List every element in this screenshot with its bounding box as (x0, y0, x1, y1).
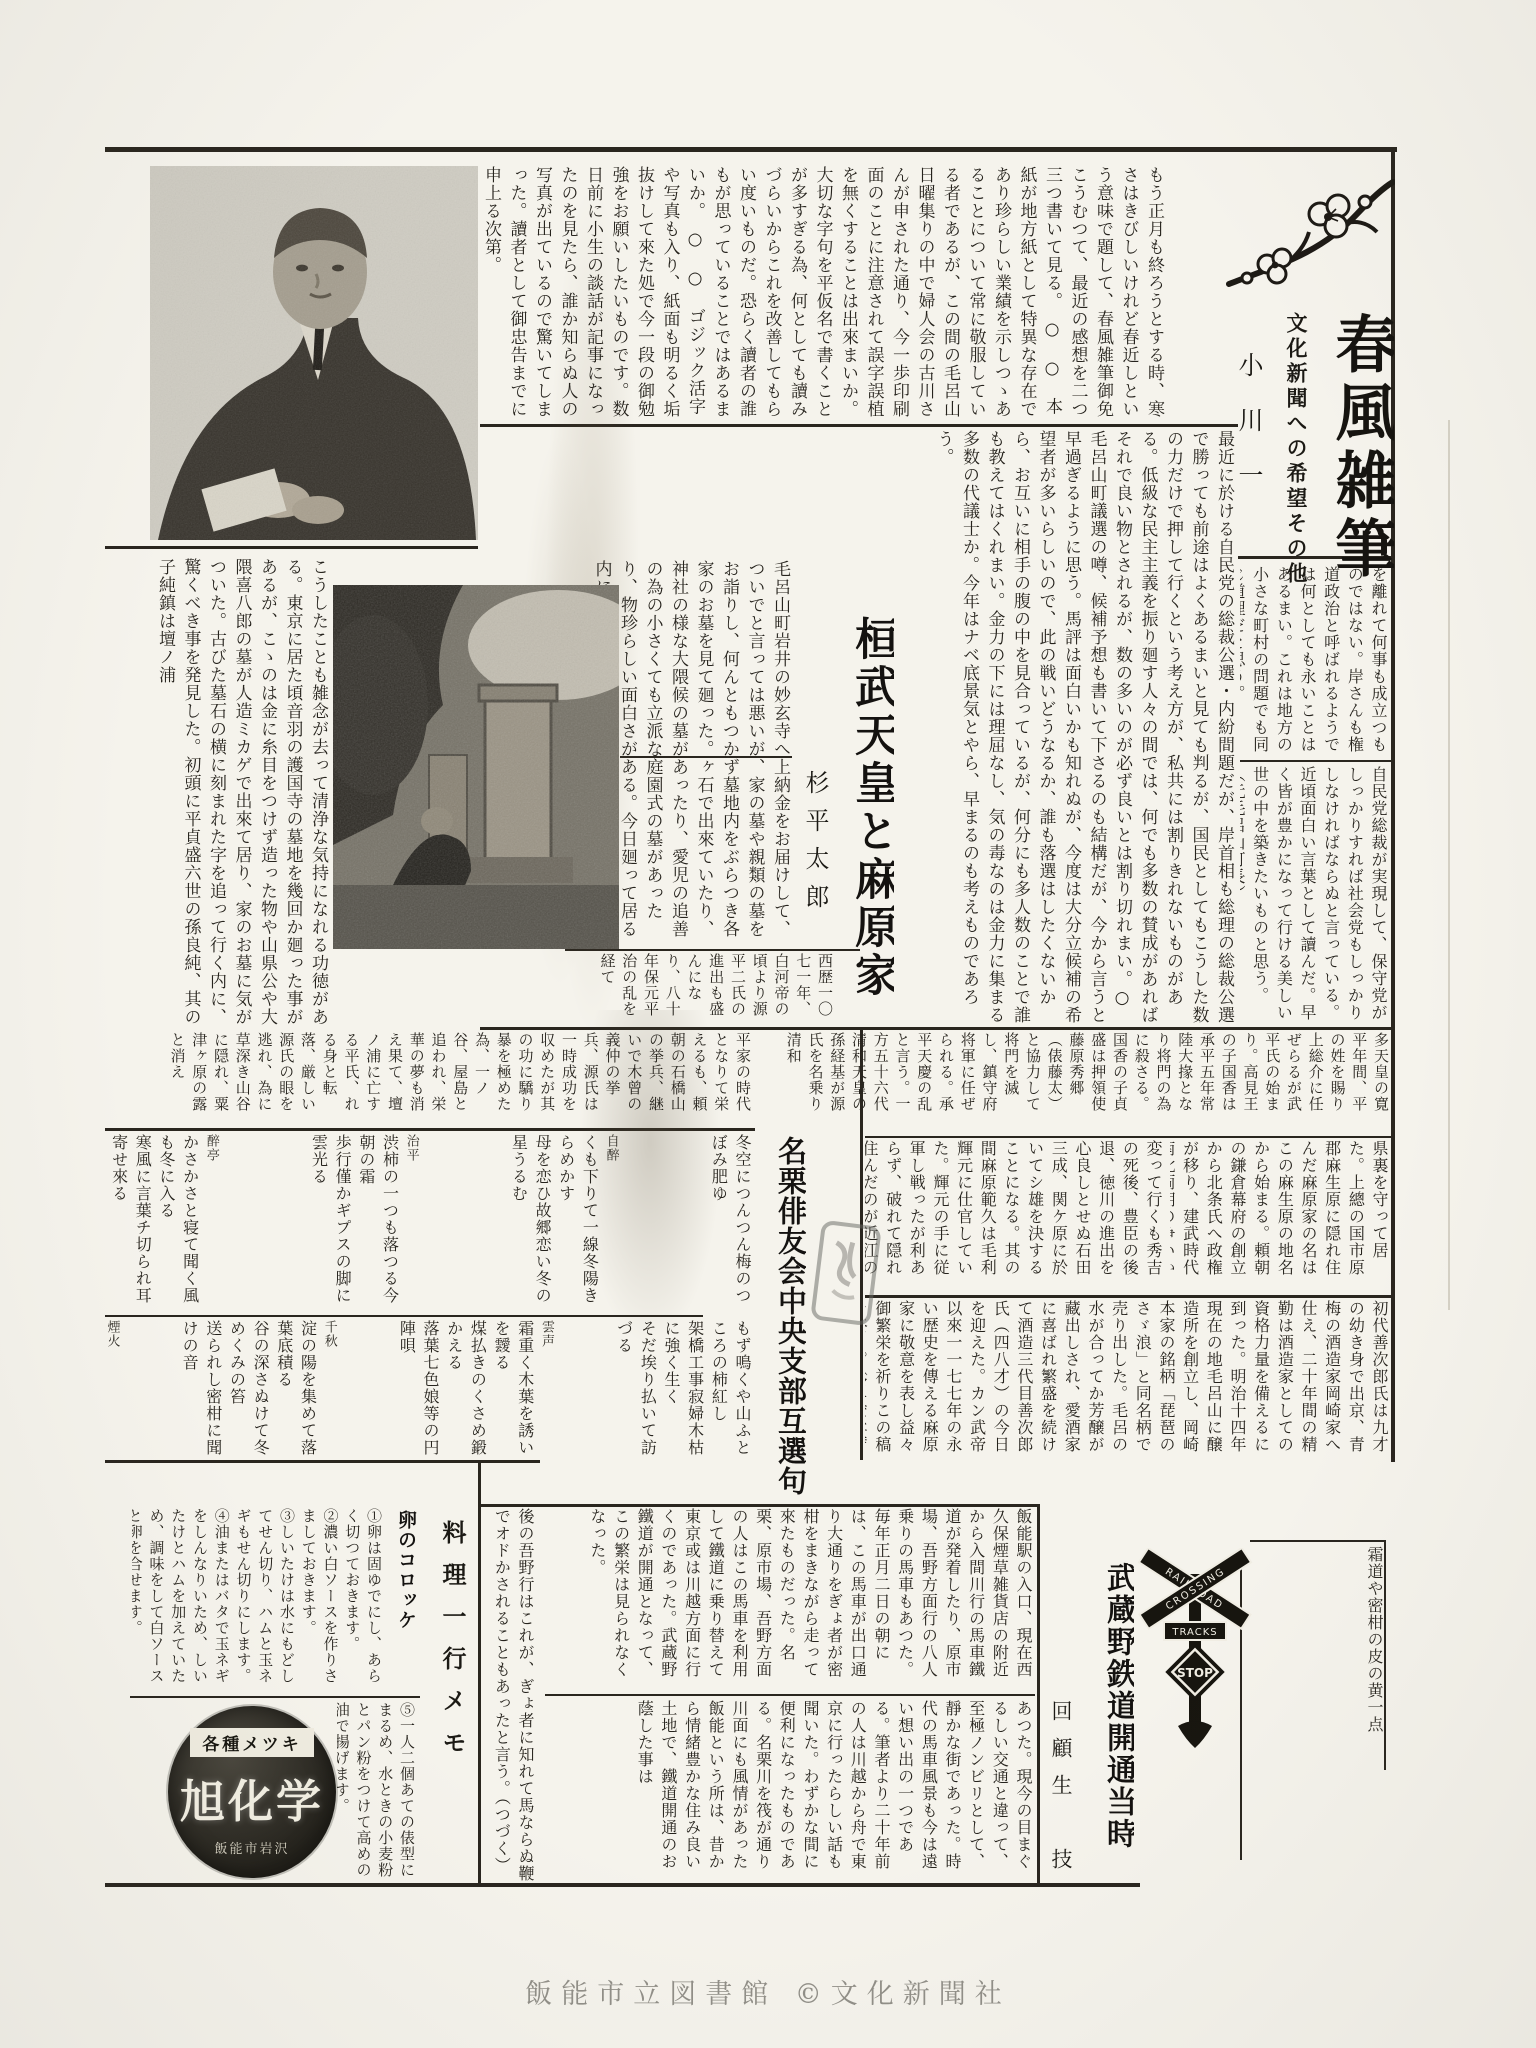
article2-asahara: 県裏を守って居た。上總の国市原郡麻生原に隠れ住んだ麻原家の名はこの麻生原の地名か… (1170, 1140, 1391, 1292)
article2-history-flow: 平家の時代となりて栄えるも、頼朝の石橋山の挙兵、継いで木曾の義仲の挙兵、源氏は一… (108, 1032, 753, 1126)
haiku-item: かさかさと寝て聞く風も冬に入る (154, 1134, 201, 1312)
ad-company-name: 旭化学 (180, 1765, 324, 1830)
rule-w-right (1037, 1504, 1040, 1883)
haiku-item: 歩行僅かギプスの脚に雲光る醉亭 (202, 1134, 355, 1312)
article1-body-right-1: を離れて何事も成立つものではない。岸さんも権道政治と呼ばれるようでは何としても永… (1240, 566, 1390, 754)
rule-haiku-mid (105, 1315, 703, 1317)
article2-headline: 桓武天皇と麻原家 (840, 616, 894, 1014)
article1-body-right-2: 自民党総裁が実現して、保守党がしっかりすれば社会党もしっかりしなければならぬと言… (1240, 766, 1390, 1024)
gravestone-photo (333, 585, 619, 949)
article2-intro-left: こうしたことも雑念が去って清浄な気持になれる功徳がある。東京に居た頃音羽の護国寺… (108, 558, 330, 1026)
article2-founder: 初代善次郎氏は九才の幼き身で出京、青梅の酒造家岡崎家へ仕え、二十年間の精勤は酒造… (865, 1300, 1391, 1458)
article2-history-band: 西歴一〇七一年、白河帝の頃より源平二氏の進出も盛んになり、八十年保元平治の乱を経… (565, 953, 835, 1025)
haiku-author: 自醉 (1246, 1546, 1362, 1902)
haiku-item: 霜重く木葉を誘いを靉る (489, 1320, 536, 1458)
haiku-item: 霜道や密柑の皮の黄一点自醉 (1246, 1546, 1386, 1902)
haiku-author: 自醉 (601, 1134, 706, 1312)
haiku-item: 冬空につんつん梅のつぼみ肥ゆ自醉 (601, 1134, 754, 1312)
rule-photo1-bottom (105, 546, 478, 549)
haiku-item: 架橋工事寂婦木枯に強く生く (659, 1320, 706, 1458)
recipe-step: ③しいたけは水にもどしてせん切り、ハムと玉ネギもせん切りにします。 (232, 1508, 297, 1694)
haiku-row3: 霜道や密柑の皮の黄一点自醉多ざるゝ山ハリ越しに陽を満たす冬の星飛機の尾灯をくらま… (1246, 1546, 1386, 1902)
article3-byline: 回顧生 技 (1042, 1700, 1076, 1895)
haiku-item: 落葉七色娘等の円陣唄千秋 (319, 1320, 442, 1458)
rule-band2-bottom (480, 1027, 1391, 1030)
plum-bud (1359, 196, 1371, 208)
recipe-step: ②濃い白ソースを作りさましておきます。 (297, 1508, 341, 1694)
recipe-step: ①卵は固ゆでにし、あらく切つておきます。 (341, 1508, 385, 1694)
recipe-step: ④油またはバタで玉ネギをしんなりいため、しいたけとハムを加えていため、調味をして… (132, 1508, 232, 1694)
rule-row4-left-top (105, 1460, 540, 1463)
plum-bud (1242, 273, 1252, 283)
haiku-author: 煙火 (108, 1320, 177, 1458)
tracks-board-text: TRACKS (1171, 1627, 1217, 1638)
plum-blossom (1309, 195, 1349, 237)
portrait-photo (150, 166, 478, 540)
haiku-item: くも下りて一線冬陽きらめかす (554, 1134, 601, 1312)
article1-body-mid: 最近に於ける自民党の総裁公選・内紛間題だが、岸首相も総理の総裁公選で勝っても前途… (893, 430, 1236, 1026)
rule-w-divider (545, 1694, 1035, 1696)
ad-address: 飯能市岩沢 (214, 1838, 289, 1857)
rule-hist-divider (865, 1136, 1391, 1138)
haiku-author: 醉亭 (202, 1134, 307, 1312)
haiku-item: 送られし密柑に聞けの音煙火 (108, 1320, 225, 1458)
haiku-row1: 冬空につんつん梅のつぼみ肥ゆ自醉くも下りて一線冬陽きらめかす母を恋ひ故郷恋い冬の… (108, 1134, 754, 1312)
masthead-author: 小川一 (1234, 352, 1268, 538)
plum-blossom (1258, 249, 1291, 283)
rule-recipe-right (478, 1462, 481, 1883)
recipe-section-header: 料理一行メモ (424, 1520, 470, 1815)
haiku-item: もず鳴くや山ふところの柿紅し (707, 1320, 754, 1458)
rule-recipe-divider (130, 1696, 420, 1698)
rule-hk3-top (1250, 1540, 1386, 1542)
haiku-item: そだ埃り払いて訪づる雲声 (537, 1320, 660, 1458)
haiku-author: 治平 (402, 1134, 507, 1312)
article3-continuation: 後の吾野行はこれが、ぎょ者に知れて馬ならぬ鞭でオドかされることもあったと言う。（… (483, 1508, 537, 1882)
haiku-author: 千秋 (319, 1320, 394, 1458)
article3-headline: 武蔵野鉄道開通当時 (1080, 1562, 1134, 1852)
recipe-title: 卵のコロッケ (388, 1510, 420, 1700)
list-item: ⑤一人二個あての俵型にまるめ、水ときの小麦粉とパン粉をつけて高めの油で揚げます。 (337, 1702, 417, 1880)
haiku-headline: 名栗俳友会中央支部互選句 (750, 1136, 806, 1502)
rule-bottom (105, 1883, 1140, 1887)
rule-row4-mid-top (480, 1504, 1038, 1507)
rule-top (105, 147, 1397, 152)
ad-service-label: 各種メツキ (190, 1728, 314, 1757)
masthead-title: 春風雑筆 (1322, 312, 1394, 584)
selection-seal-stamp (809, 1219, 883, 1328)
article2-sekigahara: 変って行くも秀吉の死後、豊臣の後退、徳川の進出を心良しとせぬ石田三成、関ケ原に於… (865, 1140, 1165, 1292)
asahi-kagaku-ad-stamp: 各種メツキ 旭化学 飯能市岩沢 (168, 1706, 336, 1878)
masthead-subtitle: 文化新聞への希望その他 (1276, 312, 1312, 592)
recipe-step-5: ⑤一人二個あての俵型にまるめ、水ときの小麦粉とパン粉をつけて高めの油で揚げます。 (337, 1702, 417, 1880)
article2-genealogy: 多天皇の寛平年間、平の姓を賜り上総介に任ぜらるが武平氏の始まり。高見王の子国香は… (758, 1032, 1391, 1126)
article2-byline: 杉平太郎 (795, 770, 833, 956)
article3-body2: あつた。現今の目まぐるしい交通と違って、至極ノンビリとして、靜かな街であった。時… (545, 1700, 1035, 1880)
rule-strip-divider (1240, 760, 1391, 762)
stop-sign-text: STOP (1177, 1666, 1213, 1680)
haiku-item: 渋柿の一つも落つる今朝の霜 (354, 1134, 401, 1312)
rule-right-outer (1448, 420, 1450, 1310)
haiku-row2: もず鳴くや山ふところの柿紅し架橋工事寂婦木枯に強く生くそだ埃り払いて訪づる雲声霜… (108, 1320, 754, 1458)
plum-branch-illustration (1225, 162, 1395, 312)
haiku-item: 煤払きのくさめ鍛かえる (442, 1320, 489, 1458)
newspaper-page: 春風雑筆 文化新聞への希望その他 小川一 (0, 0, 1536, 2048)
article3-body1: 飯能駅の入口、現在西久保煙草雑貨店の附近から入間川行の馬車鐵道が発着したり、原市… (545, 1508, 1035, 1690)
haiku-item: 淀の陽を集めて落葉底積る (272, 1320, 319, 1458)
haiku-item: 母を恋ひ故郷恋い冬の星うるむ治平 (402, 1134, 555, 1312)
haiku-item: 寒風に言葉チ切られ耳寄せ來る (108, 1134, 154, 1312)
haiku-author: 雲声 (537, 1320, 612, 1458)
library-copyright-caption: 飯能市立図書館 ©文化新聞社 (525, 1972, 1011, 2011)
railroad-crossing-sign-illustration: RAILROAD CROSSING TRACKS STOP (1136, 1548, 1254, 1753)
article1-body-top: もう正月も終ろうとする時、寒さはきびしいけれど春近しという意味で題して、春風雑筆… (482, 166, 1166, 422)
haiku-item: 谷の深さぬけて冬めくみの笞 (225, 1320, 272, 1458)
recipe-steps: ①卵は固ゆでにし、あらく切つておきます。②濃い白ソースを作りさましておきます。③… (132, 1508, 384, 1694)
rule-founder-top (865, 1295, 1391, 1298)
rule-banda-bottom (480, 424, 1238, 427)
rule-haiku-top (105, 1128, 755, 1131)
